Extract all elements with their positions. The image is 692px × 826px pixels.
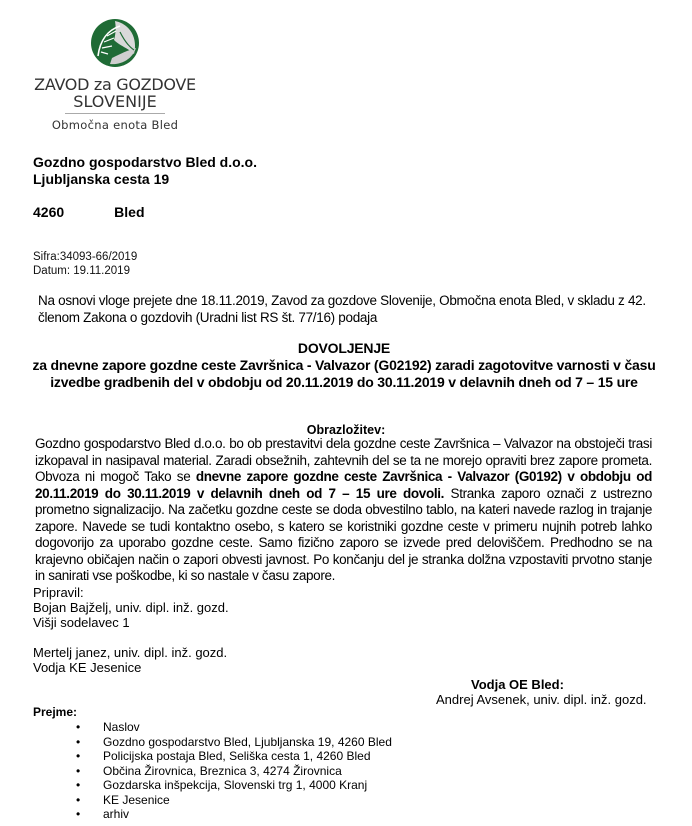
prepared-label: Pripravil: [33,585,229,600]
approver-name: Mertelj janez, univ. dipl. inž. gozd. [33,645,229,660]
logo-divider [65,113,165,114]
list-item: Občina Žirovnica, Breznica 3, 4274 Žirov… [76,764,392,779]
intro-paragraph: Na osnovi vloge prejete dne 18.11.2019, … [38,292,668,326]
document-date: Datum: 19.11.2019 [33,264,137,278]
permit-title-main: DOVOLJENJE [28,340,660,357]
reference-number: Sifra:34093-66/2019 [33,250,137,264]
recipient-postal: 4260Bled [33,204,145,220]
permit-title: DOVOLJENJE za dnevne zapore gozdne ceste… [28,340,660,391]
org-name-line1: ZAVOD za GOZDOVE [30,76,200,93]
recipients-items: Naslov Gozdno gospodarstvo Bled, Ljublja… [33,720,392,822]
list-item: Gozdarska inšpekcija, Slovenski trg 1, 4… [76,778,392,793]
org-name-line2: SLOVENIJE [30,93,200,110]
recipient-street: Ljubljanska cesta 19 [33,171,257,188]
list-item: arhiv [76,807,392,822]
org-unit: Območna enota Bled [30,118,200,132]
head-signature: Vodja OE Bled: Andrej Avsenek, univ. dip… [436,677,647,707]
list-item: Gozdno gospodarstvo Bled, Ljubljanska 19… [76,735,392,750]
reasoning-heading: Obrazložitev: [0,423,692,437]
document-meta: Sifra:34093-66/2019 Datum: 19.11.2019 [33,250,137,278]
head-name: Andrej Avsenek, univ. dipl. inž. gozd. [436,692,647,707]
organization-logo: ZAVOD za GOZDOVE SLOVENIJE Območna enota… [30,18,200,132]
recipients-label: Prejme: [33,705,392,719]
prepared-title: Višji sodelavec 1 [33,615,229,630]
prepared-name: Bojan Bajželj, univ. dipl. inž. gozd. [33,600,229,615]
list-item: KE Jesenice [76,793,392,808]
approver-title: Vodja KE Jesenice [33,660,229,675]
head-role: Vodja OE Bled: [436,677,647,692]
leaf-globe-icon [90,18,140,68]
list-item: Naslov [76,720,392,735]
list-item: Policijska postaja Bled, Seliška cesta 1… [76,749,392,764]
signatures: Pripravil: Bojan Bajželj, univ. dipl. in… [33,585,229,675]
recipients-list: Prejme: Naslov Gozdno gospodarstvo Bled,… [33,705,392,822]
permit-title-sub: za dnevne zapore gozdne ceste Završnica … [32,357,655,390]
recipient-address: Gozdno gospodarstvo Bled d.o.o. Ljubljan… [33,154,257,188]
recipient-postcode: 4260 [33,204,64,220]
reasoning-paragraph: Gozdno gospodarstvo Bled d.o.o. bo ob pr… [35,436,652,585]
recipient-city: Bled [114,204,144,220]
recipient-name: Gozdno gospodarstvo Bled d.o.o. [33,154,257,171]
